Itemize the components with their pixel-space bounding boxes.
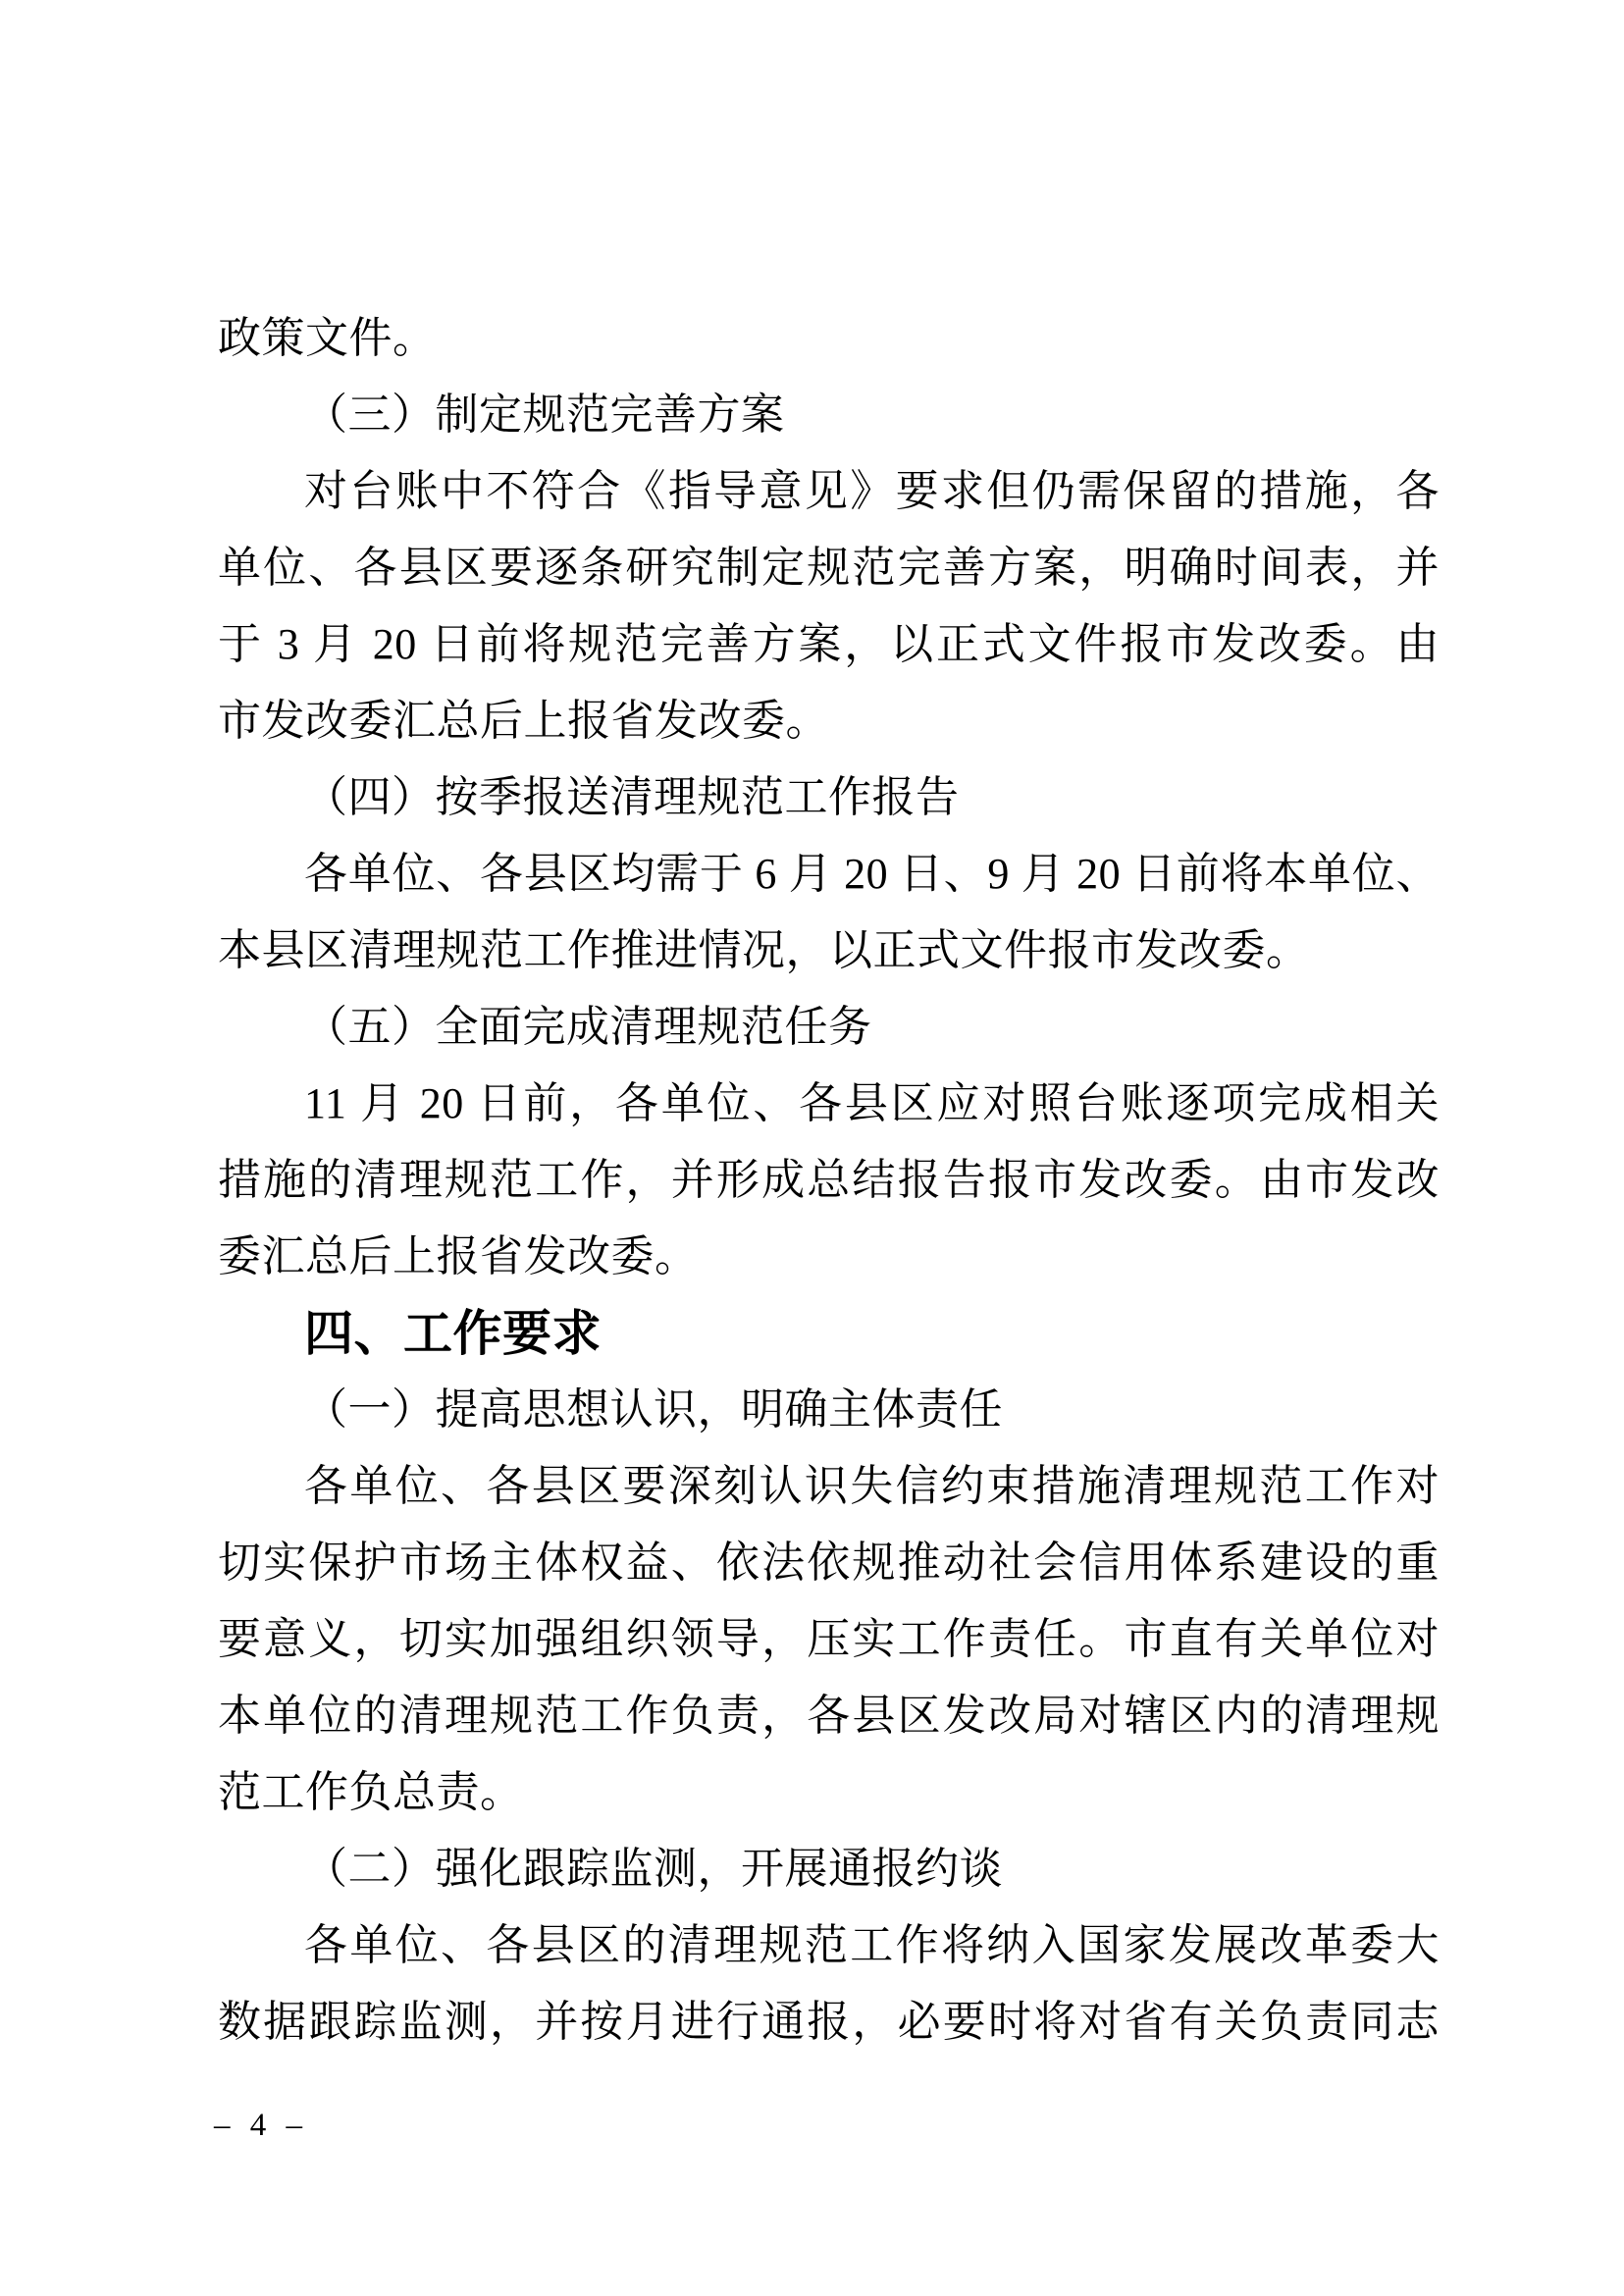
document-page: 政策文件。（三）制定规范完善方案对台账中不符合《指导意见》要求但仍需保留的措施，… xyxy=(0,0,1624,2296)
subsection-heading: （三）制定规范完善方案 xyxy=(218,377,1440,453)
subsection-heading: （二）强化跟踪监测，开展通报约谈 xyxy=(218,1831,1440,1907)
text-line: 政策文件。 xyxy=(218,300,1440,377)
subsection-heading: （一）提高思想认识，明确主体责任 xyxy=(218,1372,1440,1448)
text-line: 范工作负总责。 xyxy=(218,1754,1440,1831)
text-line: 切实保护市场主体权益、依法依规推动社会信用体系建设的重 xyxy=(218,1525,1440,1601)
text-line: 于 3 月 20 日前将规范完善方案，以正式文件报市发改委。由 xyxy=(218,606,1440,683)
text-line: 各单位、各县区均需于 6 月 20 日、9 月 20 日前将本单位、 xyxy=(218,836,1440,913)
text-line: 委汇总后上报省发改委。 xyxy=(218,1219,1440,1295)
text-line: 各单位、各县区的清理规范工作将纳入国家发展改革委大 xyxy=(218,1907,1440,1984)
section-heading: 四、工作要求 xyxy=(218,1295,1440,1372)
text-line: 单位、各县区要逐条研究制定规范完善方案，明确时间表，并 xyxy=(218,530,1440,606)
text-line: 本县区清理规范工作推进情况，以正式文件报市发改委。 xyxy=(218,913,1440,989)
text-line: 数据跟踪监测，并按月进行通报，必要时将对省有关负责同志 xyxy=(218,1984,1440,2061)
text-line: 要意义，切实加强组织领导，压实工作责任。市直有关单位对 xyxy=(218,1601,1440,1678)
text-line: 本单位的清理规范工作负责，各县区发改局对辖区内的清理规 xyxy=(218,1678,1440,1754)
text-line: 11 月 20 日前，各单位、各县区应对照台账逐项完成相关 xyxy=(218,1066,1440,1142)
subsection-heading: （四）按季报送清理规范工作报告 xyxy=(218,759,1440,836)
text-line: 各单位、各县区要深刻认识失信约束措施清理规范工作对 xyxy=(218,1448,1440,1525)
page-number: – 4 – xyxy=(214,2108,308,2144)
text-line: 对台账中不符合《指导意见》要求但仍需保留的措施，各 xyxy=(218,453,1440,530)
text-line: 市发改委汇总后上报省发改委。 xyxy=(218,683,1440,759)
text-line: 措施的清理规范工作，并形成总结报告报市发改委。由市发改 xyxy=(218,1142,1440,1219)
subsection-heading: （五）全面完成清理规范任务 xyxy=(218,989,1440,1066)
document-body: 政策文件。（三）制定规范完善方案对台账中不符合《指导意见》要求但仍需保留的措施，… xyxy=(218,300,1440,2061)
